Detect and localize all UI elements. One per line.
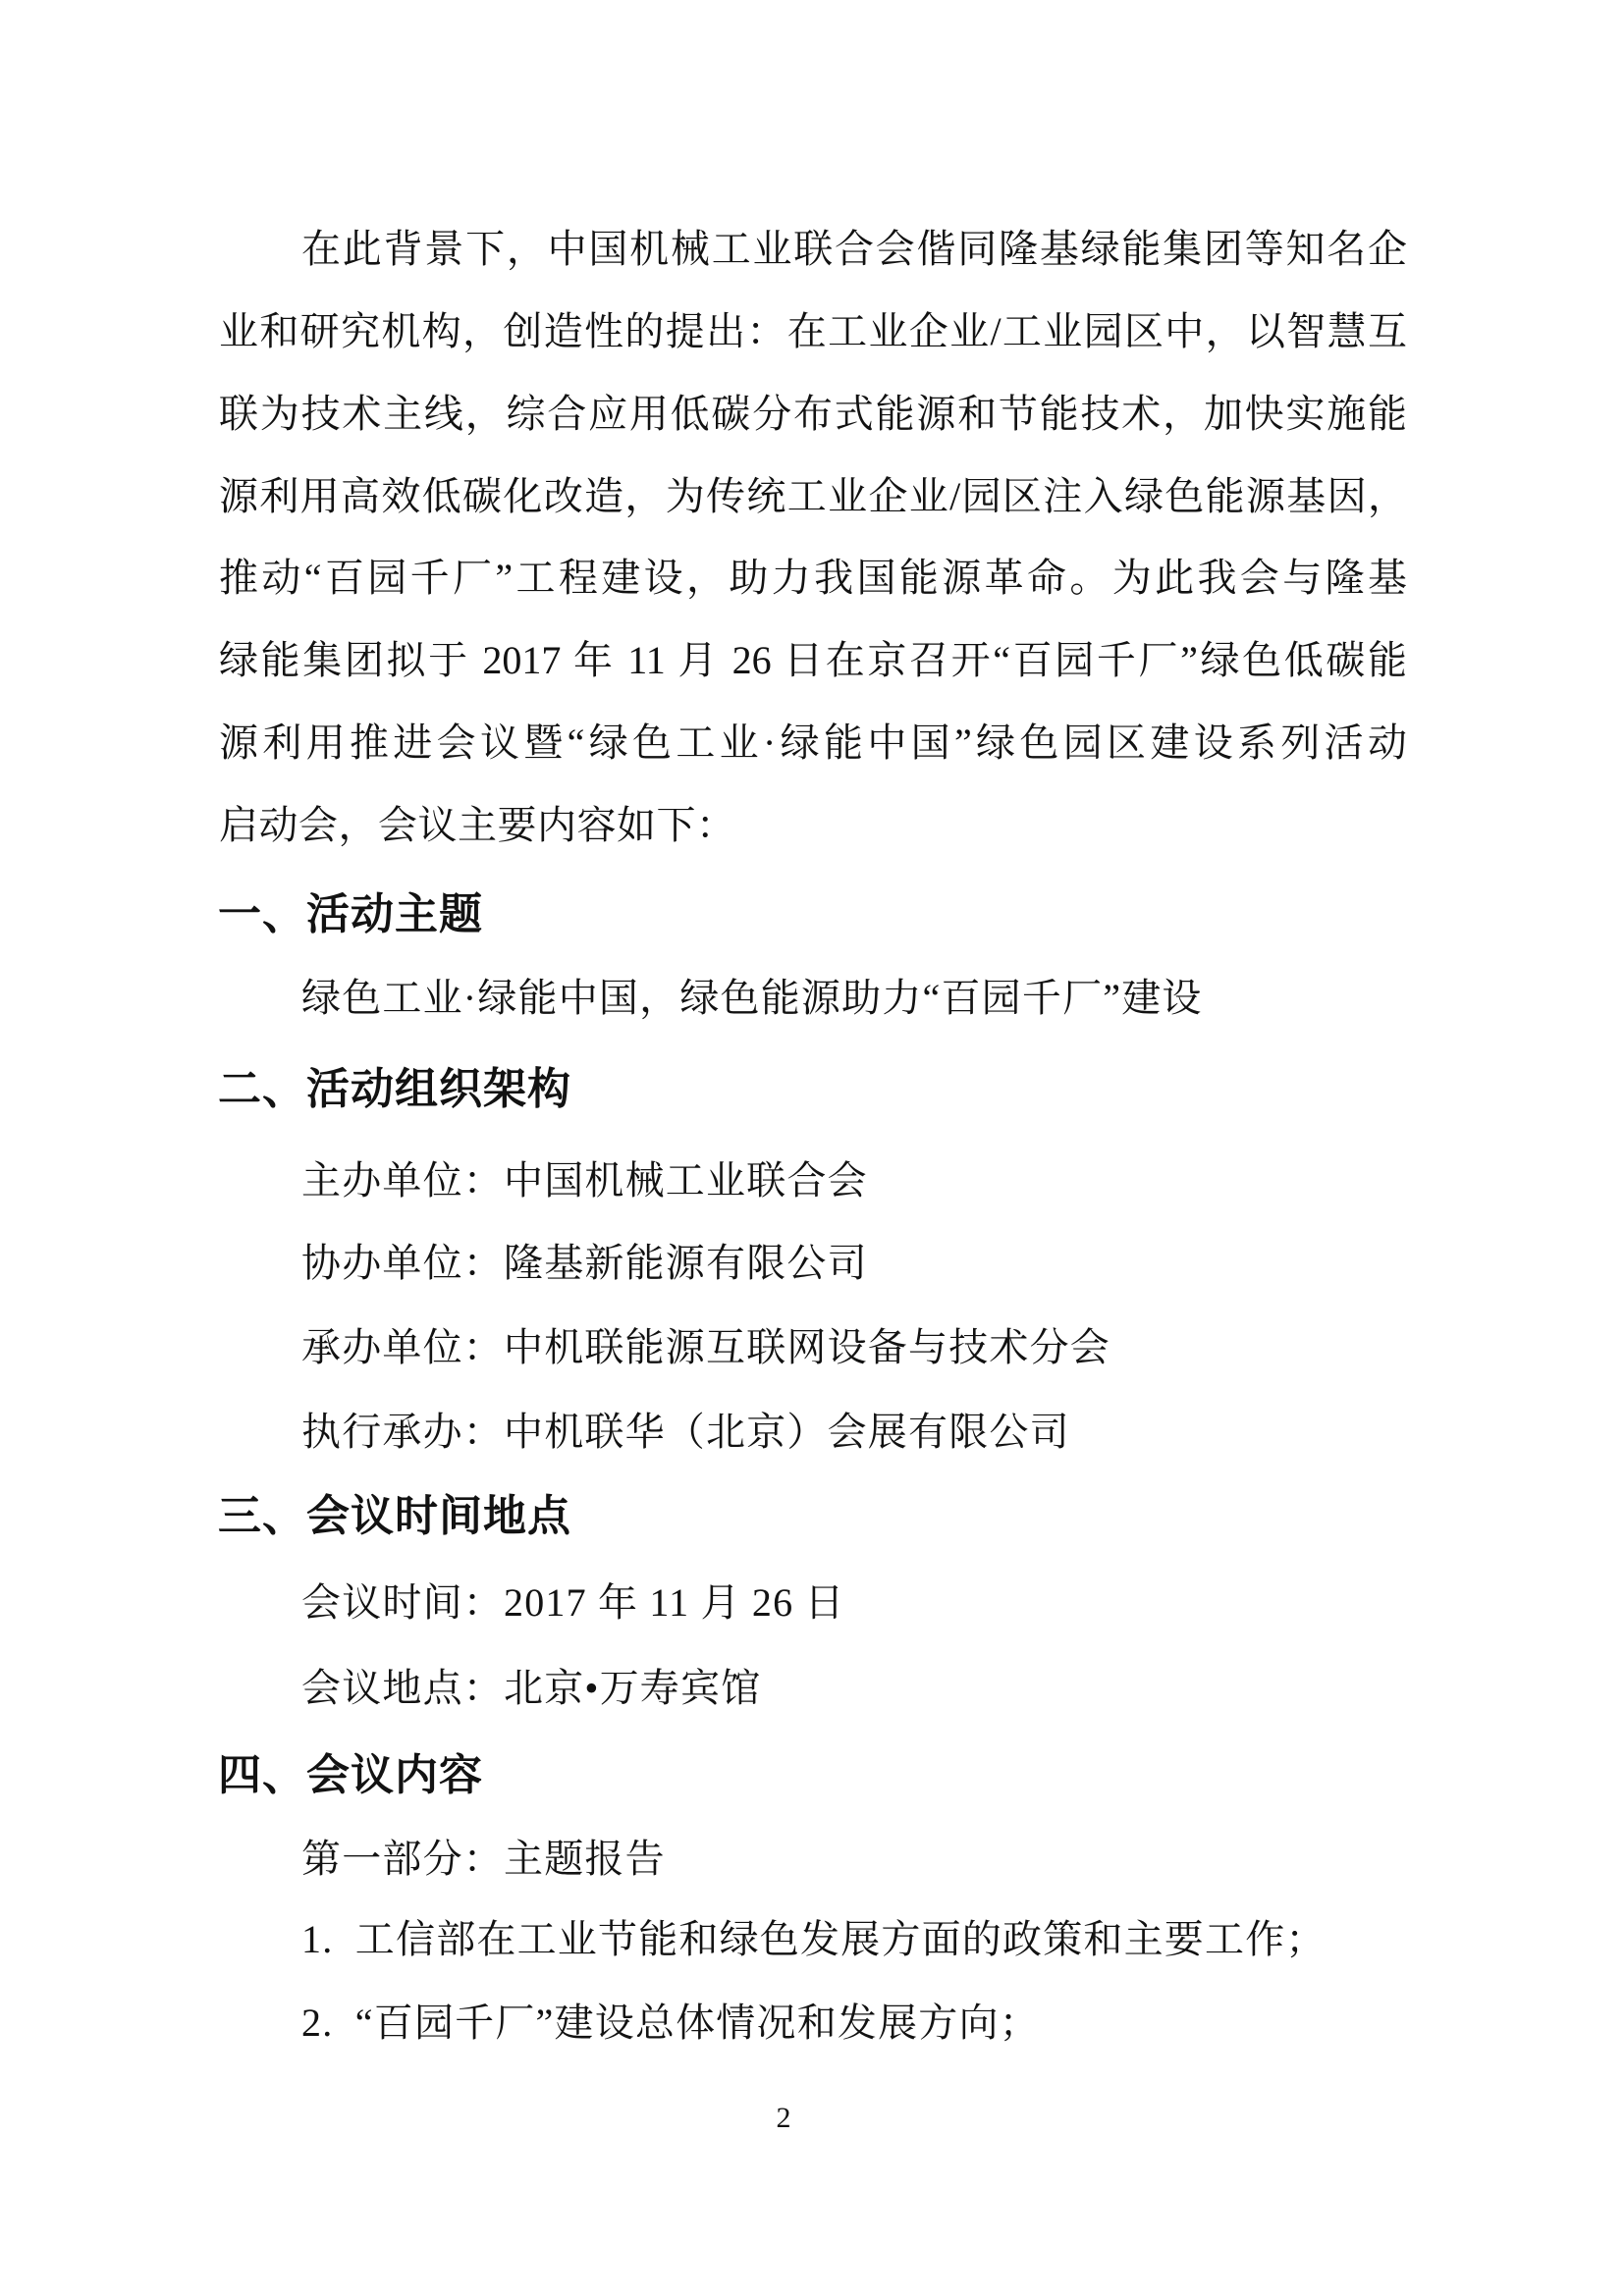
section-item-organizer: 承办单位：中机联能源互联网设备与技术分会 bbox=[301, 1325, 1110, 1370]
paragraph-line: 联为技术主线，综合应用低碳分布式能源和节能技术，加快实施能 bbox=[219, 392, 1407, 437]
section-item-cohost: 协办单位：隆基新能源有限公司 bbox=[301, 1241, 868, 1286]
paragraph-line: 启动会，会议主要内容如下： bbox=[219, 803, 1407, 848]
section-heading-organization: 二、活动组织架构 bbox=[218, 1066, 571, 1113]
paragraph-line: 在此背景下，中国机械工业联合会偕同隆基绿能集团等知名企 bbox=[219, 227, 1407, 272]
section-heading-content: 四、会议内容 bbox=[218, 1752, 483, 1799]
section-heading-time-place: 三、会议时间地点 bbox=[218, 1493, 571, 1540]
paragraph-line: 推动“百园千厂”工程建设，助力我国能源革命。为此我会与隆基 bbox=[219, 556, 1407, 601]
paragraph-line: 源利用推进会议暨“绿色工业·绿能中国”绿色园区建设系列活动 bbox=[219, 721, 1407, 766]
paragraph-line: 绿能集团拟于 2017 年 11 月 26 日在京召开“百园千厂”绿色低碳能 bbox=[219, 638, 1407, 683]
section-heading-theme: 一、活动主题 bbox=[218, 891, 483, 938]
section-item-host: 主办单位：中国机械工业联合会 bbox=[301, 1158, 868, 1203]
section-item-meeting-time: 会议时间：2017 年 11 月 26 日 bbox=[301, 1580, 845, 1626]
section-item: 绿色工业·绿能中国，绿色能源助力“百园千厂”建设 bbox=[301, 976, 1203, 1021]
paragraph-line: 源利用高效低碳化改造，为传统工业企业/园区注入绿色能源基因， bbox=[219, 474, 1407, 519]
paragraph-line: 业和研究机构，创造性的提出：在工业企业/工业园区中，以智慧互 bbox=[219, 309, 1407, 354]
section-item-report-2: 2. “百园千厂”建设总体情况和发展方向； bbox=[301, 2001, 1040, 2046]
page-number: 2 bbox=[0, 2102, 1567, 2135]
document-page: 在此背景下，中国机械工业联合会偕同隆基绿能集团等知名企 业和研究机构，创造性的提… bbox=[0, 0, 1624, 2296]
section-item-report-1: 1. 工信部在工业节能和绿色发展方面的政策和主要工作； bbox=[301, 1917, 1326, 1962]
section-item-executor: 执行承办：中机联华（北京）会展有限公司 bbox=[301, 1410, 1070, 1455]
section-item-meeting-place: 会议地点：北京•万寿宾馆 bbox=[301, 1666, 761, 1711]
section-item-part-one: 第一部分：主题报告 bbox=[301, 1837, 666, 1882]
